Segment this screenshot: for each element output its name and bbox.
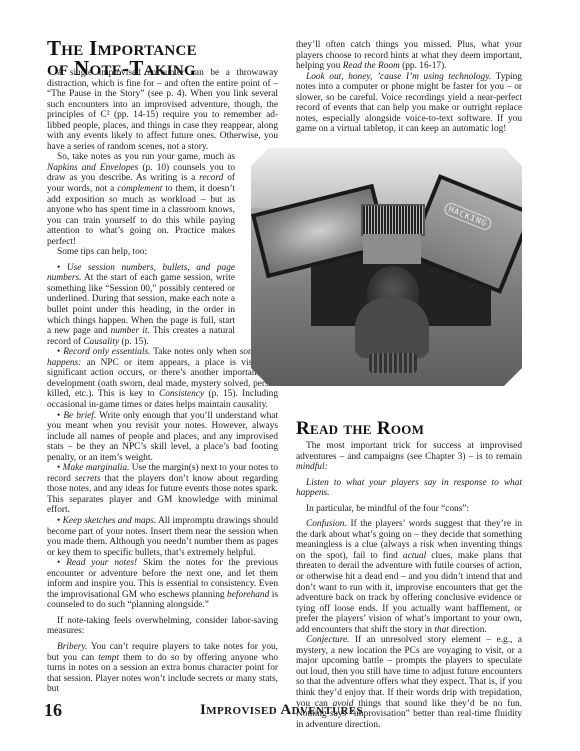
- tip-be-brief: Be brief. Write only enough that you’ll …: [47, 411, 278, 464]
- tip-read-notes: Read your notes! Skim the notes for the …: [47, 558, 278, 611]
- person-shoulders: [355, 298, 429, 358]
- cross-reference: Causality: [83, 337, 119, 347]
- hacking-label: HACKING: [443, 201, 493, 231]
- paragraph-confusion: Confusion. If the players’ words suggest…: [296, 519, 522, 635]
- chair: [369, 353, 417, 373]
- right-column-top: they’ll often catch things you missed. P…: [296, 40, 522, 135]
- tip-session-numbers: Use session numbers, bullets, and page n…: [47, 263, 235, 347]
- left-column: A single improvised encounter can be a t…: [47, 68, 278, 695]
- quote-listen: Listen to what your players say in respo…: [296, 478, 522, 499]
- tip-record-essentials: Record only essentials. Take notes only …: [47, 347, 278, 410]
- page-number: 16: [44, 700, 62, 721]
- paragraph-mindful: The most important trick for success at …: [296, 441, 522, 473]
- right-column-bottom: Read the Room The most important trick f…: [296, 419, 522, 730]
- paragraph-labor-saving: If note-taking feels overwhelming, consi…: [47, 616, 278, 637]
- paragraph-tips-intro: Some tips can help, too:: [47, 247, 235, 258]
- paragraph-take-notes: So, take notes as you run your game, muc…: [47, 152, 235, 247]
- tip-marginalia: Make marginalia. Use the margin(s) next …: [47, 463, 278, 516]
- running-title: Improvised Adventures: [200, 702, 363, 719]
- illustration-hacker-desk: HACKING: [251, 148, 522, 386]
- laptop-keyboard: [363, 234, 421, 264]
- section-title-read-the-room: Read the Room: [296, 419, 522, 439]
- paragraph-intro: A single improvised encounter can be a t…: [47, 68, 278, 152]
- laptop-screen: [361, 204, 425, 236]
- paragraph-bribery-part1: Bribery. You can’t require players to ta…: [47, 642, 278, 695]
- tip-sketches-maps: Keep sketches and maps. All impromptu dr…: [47, 516, 278, 558]
- paragraph-four-cons: In particular, be mindful of the four “c…: [296, 504, 522, 515]
- cross-reference: Read the Room: [343, 61, 400, 71]
- paragraph-technology: Look out, honey, ’cause I’m using techno…: [296, 72, 522, 135]
- cross-reference: Napkins and Envelopes: [47, 163, 138, 173]
- cross-reference: Consistency: [159, 389, 204, 399]
- paragraph-bribery-part2: they’ll often catch things you missed. P…: [296, 40, 522, 72]
